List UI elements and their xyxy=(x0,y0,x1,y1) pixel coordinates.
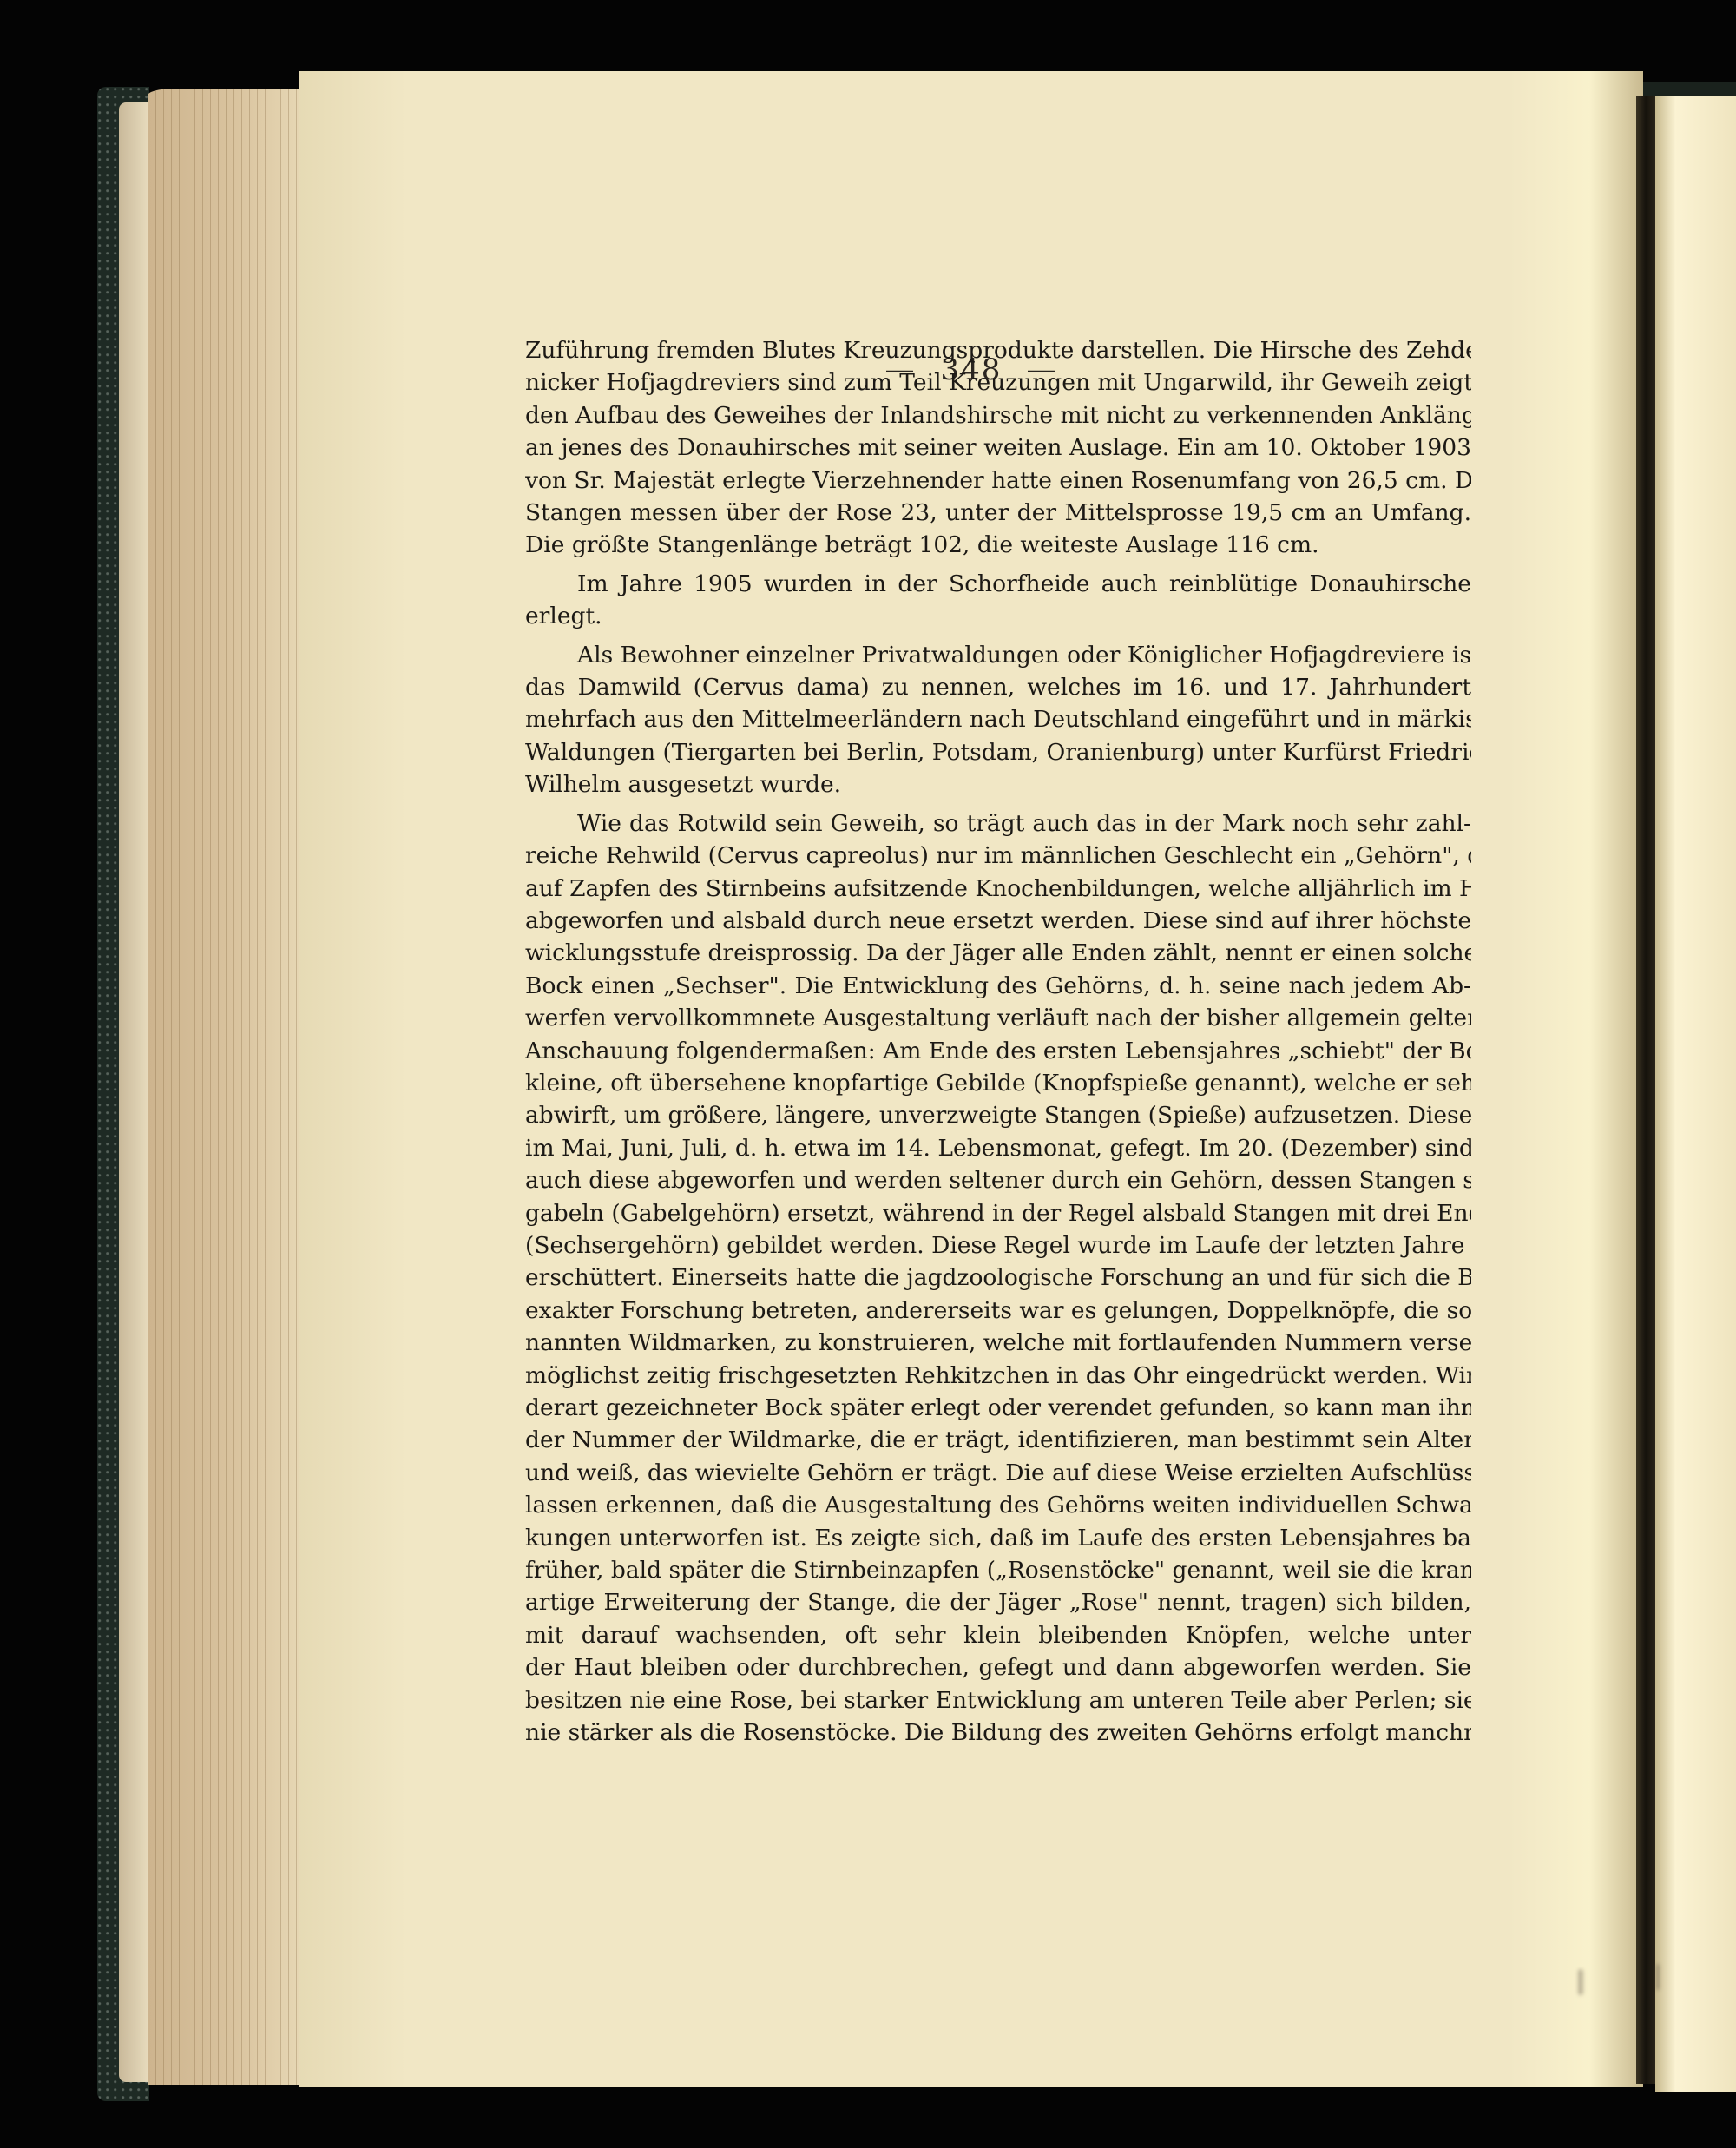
endpaper-edge xyxy=(119,102,148,2082)
text-line: Im Jahre 1905 wurden in der Schorfheide … xyxy=(525,568,1471,600)
text-line: nicker Hofjagdreviers sind zum Teil Kreu… xyxy=(525,366,1471,399)
text-line: Stangen messen über der Rose 23, unter d… xyxy=(525,497,1471,529)
text-line: Wie das Rotwild sein Geweih, so trägt au… xyxy=(525,807,1471,840)
text-line: auf Zapfen des Stirnbeins aufsitzende Kn… xyxy=(525,873,1471,905)
text-line: von Sr. Majestät erlegte Vierzehnender h… xyxy=(525,465,1471,497)
text-line: reiche Rehwild (Cervus capreolus) nur im… xyxy=(525,840,1471,872)
text-line: Wilhelm ausgesetzt wurde. xyxy=(525,768,1471,801)
text-line: kleine, oft übersehene knopfartige Gebil… xyxy=(525,1067,1471,1099)
facing-page-sliver xyxy=(1655,96,1736,2092)
text-line: gabeln (Gabelgehörn) ersetzt, während in… xyxy=(525,1197,1471,1229)
paragraph: Wie das Rotwild sein Geweih, so trägt au… xyxy=(525,807,1471,1749)
text-line: den Aufbau des Geweihes der Inlandshirsc… xyxy=(525,399,1471,432)
text-line: abwirft, um größere, längere, unverzweig… xyxy=(525,1099,1471,1131)
text-line: wicklungsstufe dreisprossig. Da der Jäge… xyxy=(525,937,1471,969)
text-line: nannten Wildmarken, zu konstruieren, wel… xyxy=(525,1327,1471,1359)
text-line: im Mai, Juni, Juli, d. h. etwa im 14. Le… xyxy=(525,1132,1471,1164)
scanned-book-spread: —348— Zuführung fremden Blutes Kreuzungs… xyxy=(0,0,1736,2148)
text-line: lassen erkennen, daß die Ausgestaltung d… xyxy=(525,1489,1471,1521)
text-line: mit darauf wachsenden, oft sehr klein bl… xyxy=(525,1619,1471,1651)
paper-stain xyxy=(1578,1969,1583,1995)
book-gutter xyxy=(1636,96,1655,2084)
text-line: artige Erweiterung der Stange, die der J… xyxy=(525,1586,1471,1618)
text-line: erschüttert. Einerseits hatte die jagdzo… xyxy=(525,1262,1471,1294)
text-line: Die größte Stangenlänge beträgt 102, die… xyxy=(525,529,1471,561)
text-line: Zuführung fremden Blutes Kreuzungsproduk… xyxy=(525,334,1471,366)
text-line: werfen vervollkommnete Ausgestaltung ver… xyxy=(525,1002,1471,1034)
text-line: exakter Forschung betreten, andererseits… xyxy=(525,1295,1471,1327)
paragraph: Als Bewohner einzelner Privatwaldungen o… xyxy=(525,639,1471,801)
page-edge-stack xyxy=(148,89,304,2085)
text-line: nie stärker als die Rosenstöcke. Die Bil… xyxy=(525,1716,1471,1749)
body-text: Zuführung fremden Blutes Kreuzungsproduk… xyxy=(525,334,1471,1749)
text-line: abgeworfen und alsbald durch neue ersetz… xyxy=(525,905,1471,937)
text-line: erlegt. xyxy=(525,600,1471,632)
text-line: auch diese abgeworfen und werden seltene… xyxy=(525,1164,1471,1196)
text-line: der Haut bleiben oder durchbrechen, gefe… xyxy=(525,1651,1471,1683)
paragraph: Im Jahre 1905 wurden in der Schorfheide … xyxy=(525,568,1471,633)
text-line: der Nummer der Wildmarke, die er trägt, … xyxy=(525,1424,1471,1456)
text-line: kungen unterworfen ist. Es zeigte sich, … xyxy=(525,1522,1471,1554)
paper-stain xyxy=(1656,1964,1660,1990)
text-line: an jenes des Donauhirsches mit seiner we… xyxy=(525,432,1471,464)
paragraph: Zuführung fremden Blutes Kreuzungsproduk… xyxy=(525,334,1471,562)
text-line: derart gezeichneter Bock später erlegt o… xyxy=(525,1392,1471,1424)
text-line: (Sechsergehörn) gebildet werden. Diese R… xyxy=(525,1229,1471,1262)
text-line: möglichst zeitig frischgesetzten Rehkitz… xyxy=(525,1360,1471,1392)
text-line: besitzen nie eine Rose, bei starker Entw… xyxy=(525,1684,1471,1716)
text-line: und weiß, das wievielte Gehörn er trägt.… xyxy=(525,1457,1471,1489)
text-line: mehrfach aus den Mittelmeerländern nach … xyxy=(525,703,1471,735)
text-line: früher, bald später die Stirnbeinzapfen … xyxy=(525,1554,1471,1586)
text-line: Als Bewohner einzelner Privatwaldungen o… xyxy=(525,639,1471,671)
text-line: Anschauung folgendermaßen: Am Ende des e… xyxy=(525,1035,1471,1067)
text-line: Waldungen (Tiergarten bei Berlin, Potsda… xyxy=(525,736,1471,768)
text-line: Bock einen „Sechser". Die Entwicklung de… xyxy=(525,970,1471,1002)
text-line: das Damwild (Cervus dama) zu nennen, wel… xyxy=(525,671,1471,703)
